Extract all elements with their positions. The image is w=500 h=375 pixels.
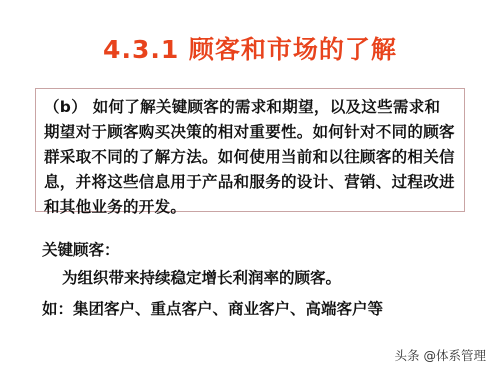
key-customers-label: 关键顾客： — [42, 238, 120, 260]
slide-title: 4.3.1 顾客和市场的了解 — [0, 30, 500, 66]
key-customers-examples: 如：集团客户、重点客户、商业客户、高端客户等 — [42, 297, 383, 319]
watermark: 头条 @体系管理 — [395, 346, 486, 364]
key-customers-definition: 为组织带来持续稳定增长利润率的顾客。 — [62, 266, 341, 288]
question-text: （b） 如何了解关键顾客的需求和期望，以及这些需求和期望对于顾客购买决策的相对重… — [44, 95, 456, 220]
question-box: （b） 如何了解关键顾客的需求和期望，以及这些需求和期望对于顾客购买决策的相对重… — [35, 88, 465, 212]
